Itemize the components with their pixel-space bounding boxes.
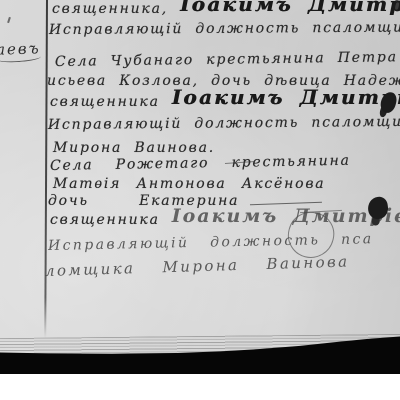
handwritten-line: священникаІоакимъ Дмитріевъ [50,90,400,111]
priest-signature: Іоакимъ Дмитріевъ [180,0,400,16]
scanned-page: аевъ священника,Іоакимъ Дмитріевъ Исправ… [0,0,400,374]
ink-blot [393,0,400,11]
handwritten-line: Исправляющій должность псаломщика [48,113,400,134]
margin-rule-line [44,0,48,338]
bottom-white-strip [0,374,400,400]
line-text: Исправляющій должность псаломщи [49,20,400,38]
handwritten-line: Матѳія Антонова Аксёнова [53,175,325,193]
scanned-register-screenshot: аевъ священника,Іоакимъ Дмитріевъ Исправ… [0,0,400,400]
line-text: Матѳія Антонова Аксёнова [53,176,325,192]
priest-signature: Іоакимъ Дмитріевъ [172,85,400,109]
line-text: Села Чубанаго крестьянина Петра А [55,49,400,70]
handwritten-line: Села Чубанаго крестьянина Петра А [55,48,400,71]
handwritten-line: священника,Іоакимъ Дмитріевъ [52,0,400,18]
margin-ink-tick [7,17,11,23]
line-text: священника [50,94,160,110]
line-text: священника [50,212,160,228]
line-text: Исправляющій должность псаломщика [48,114,400,133]
line-text: Села Рожетаго крестьянина [50,153,351,174]
handwritten-line: священникаІоакимъ Дмитріевъ [50,209,400,229]
priest-signature-faded: Іоакимъ Дмитріевъ [172,205,400,227]
handwritten-line: Села Рожетаго крестьянина [50,152,351,175]
handwritten-line: Исправляющій должность псаломщи [49,19,400,39]
line-text: священника, [52,1,168,17]
